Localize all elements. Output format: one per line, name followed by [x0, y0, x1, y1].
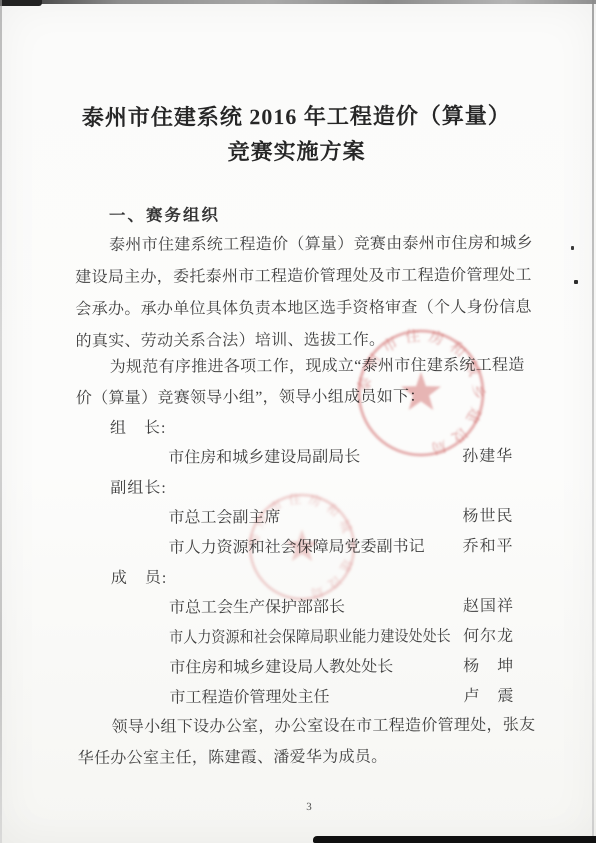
paragraph-line: 泰州市住建系统工程造价（算量）竞赛由泰州市住房和城乡	[75, 228, 533, 262]
document-content: 泰州市住建系统 2016 年工程造价（算量） 竞赛实施方案 一、赛务组织 泰州市…	[0, 0, 596, 843]
red-seal-stamp-icon: 泰州市住房和城乡建设局	[240, 485, 364, 609]
document-title: 泰州市住建系统 2016 年工程造价（算量） 竞赛实施方案	[0, 97, 595, 170]
paragraph-line: 领导小组下设办公室，办公室设在市工程造价管理处，张友	[78, 710, 536, 743]
roster-entry: 市人力资源和社会保障局职业能力建设处处长 何尔龙	[111, 621, 596, 654]
roster-position: 市人力资源和社会保障局职业能力建设处处长	[169, 622, 451, 653]
seal-star-icon	[285, 529, 319, 561]
roster-name: 杨世民	[462, 502, 513, 532]
scanned-document-page: 泰州市住建系统 2016 年工程造价（算量） 竞赛实施方案 一、赛务组织 泰州市…	[0, 0, 596, 843]
roster-name: 赵国祥	[463, 592, 514, 622]
paragraph-3: 领导小组下设办公室，办公室设在市工程造价管理处，张友 华任办公室主任，陈建霞、潘…	[78, 710, 536, 774]
section-heading: 一、赛务组织	[109, 201, 220, 226]
seal-star-icon	[401, 372, 441, 410]
roster-position: 市住房和城乡建设局副局长	[168, 449, 360, 467]
roster-position: 市住房和城乡建设局人教处处长	[169, 659, 393, 677]
red-seal-stamp-icon: 泰州市住房和城乡建设局	[347, 319, 495, 467]
page-number: 3	[2, 799, 596, 814]
roster-name: 卢 震	[463, 682, 514, 712]
title-line-1: 泰州市住建系统 2016 年工程造价（算量）	[0, 97, 594, 135]
roster-name: 乔和平	[463, 532, 514, 562]
roster-entry: 市住房和城乡建设局人教处处长 杨 坤	[111, 651, 596, 684]
roster-position: 市工程造价管理处主任	[169, 689, 329, 707]
paragraph-line: 建设局主办，委托泰州市工程造价管理处及市工程造价管理处工	[75, 260, 533, 294]
roster-name: 杨 坤	[463, 652, 514, 682]
paragraph-line: 华任办公室主任，陈建霞、潘爱华为成员。	[78, 741, 536, 774]
title-line-2: 竞赛实施方案	[0, 132, 595, 170]
roster-name: 何尔龙	[463, 622, 514, 652]
